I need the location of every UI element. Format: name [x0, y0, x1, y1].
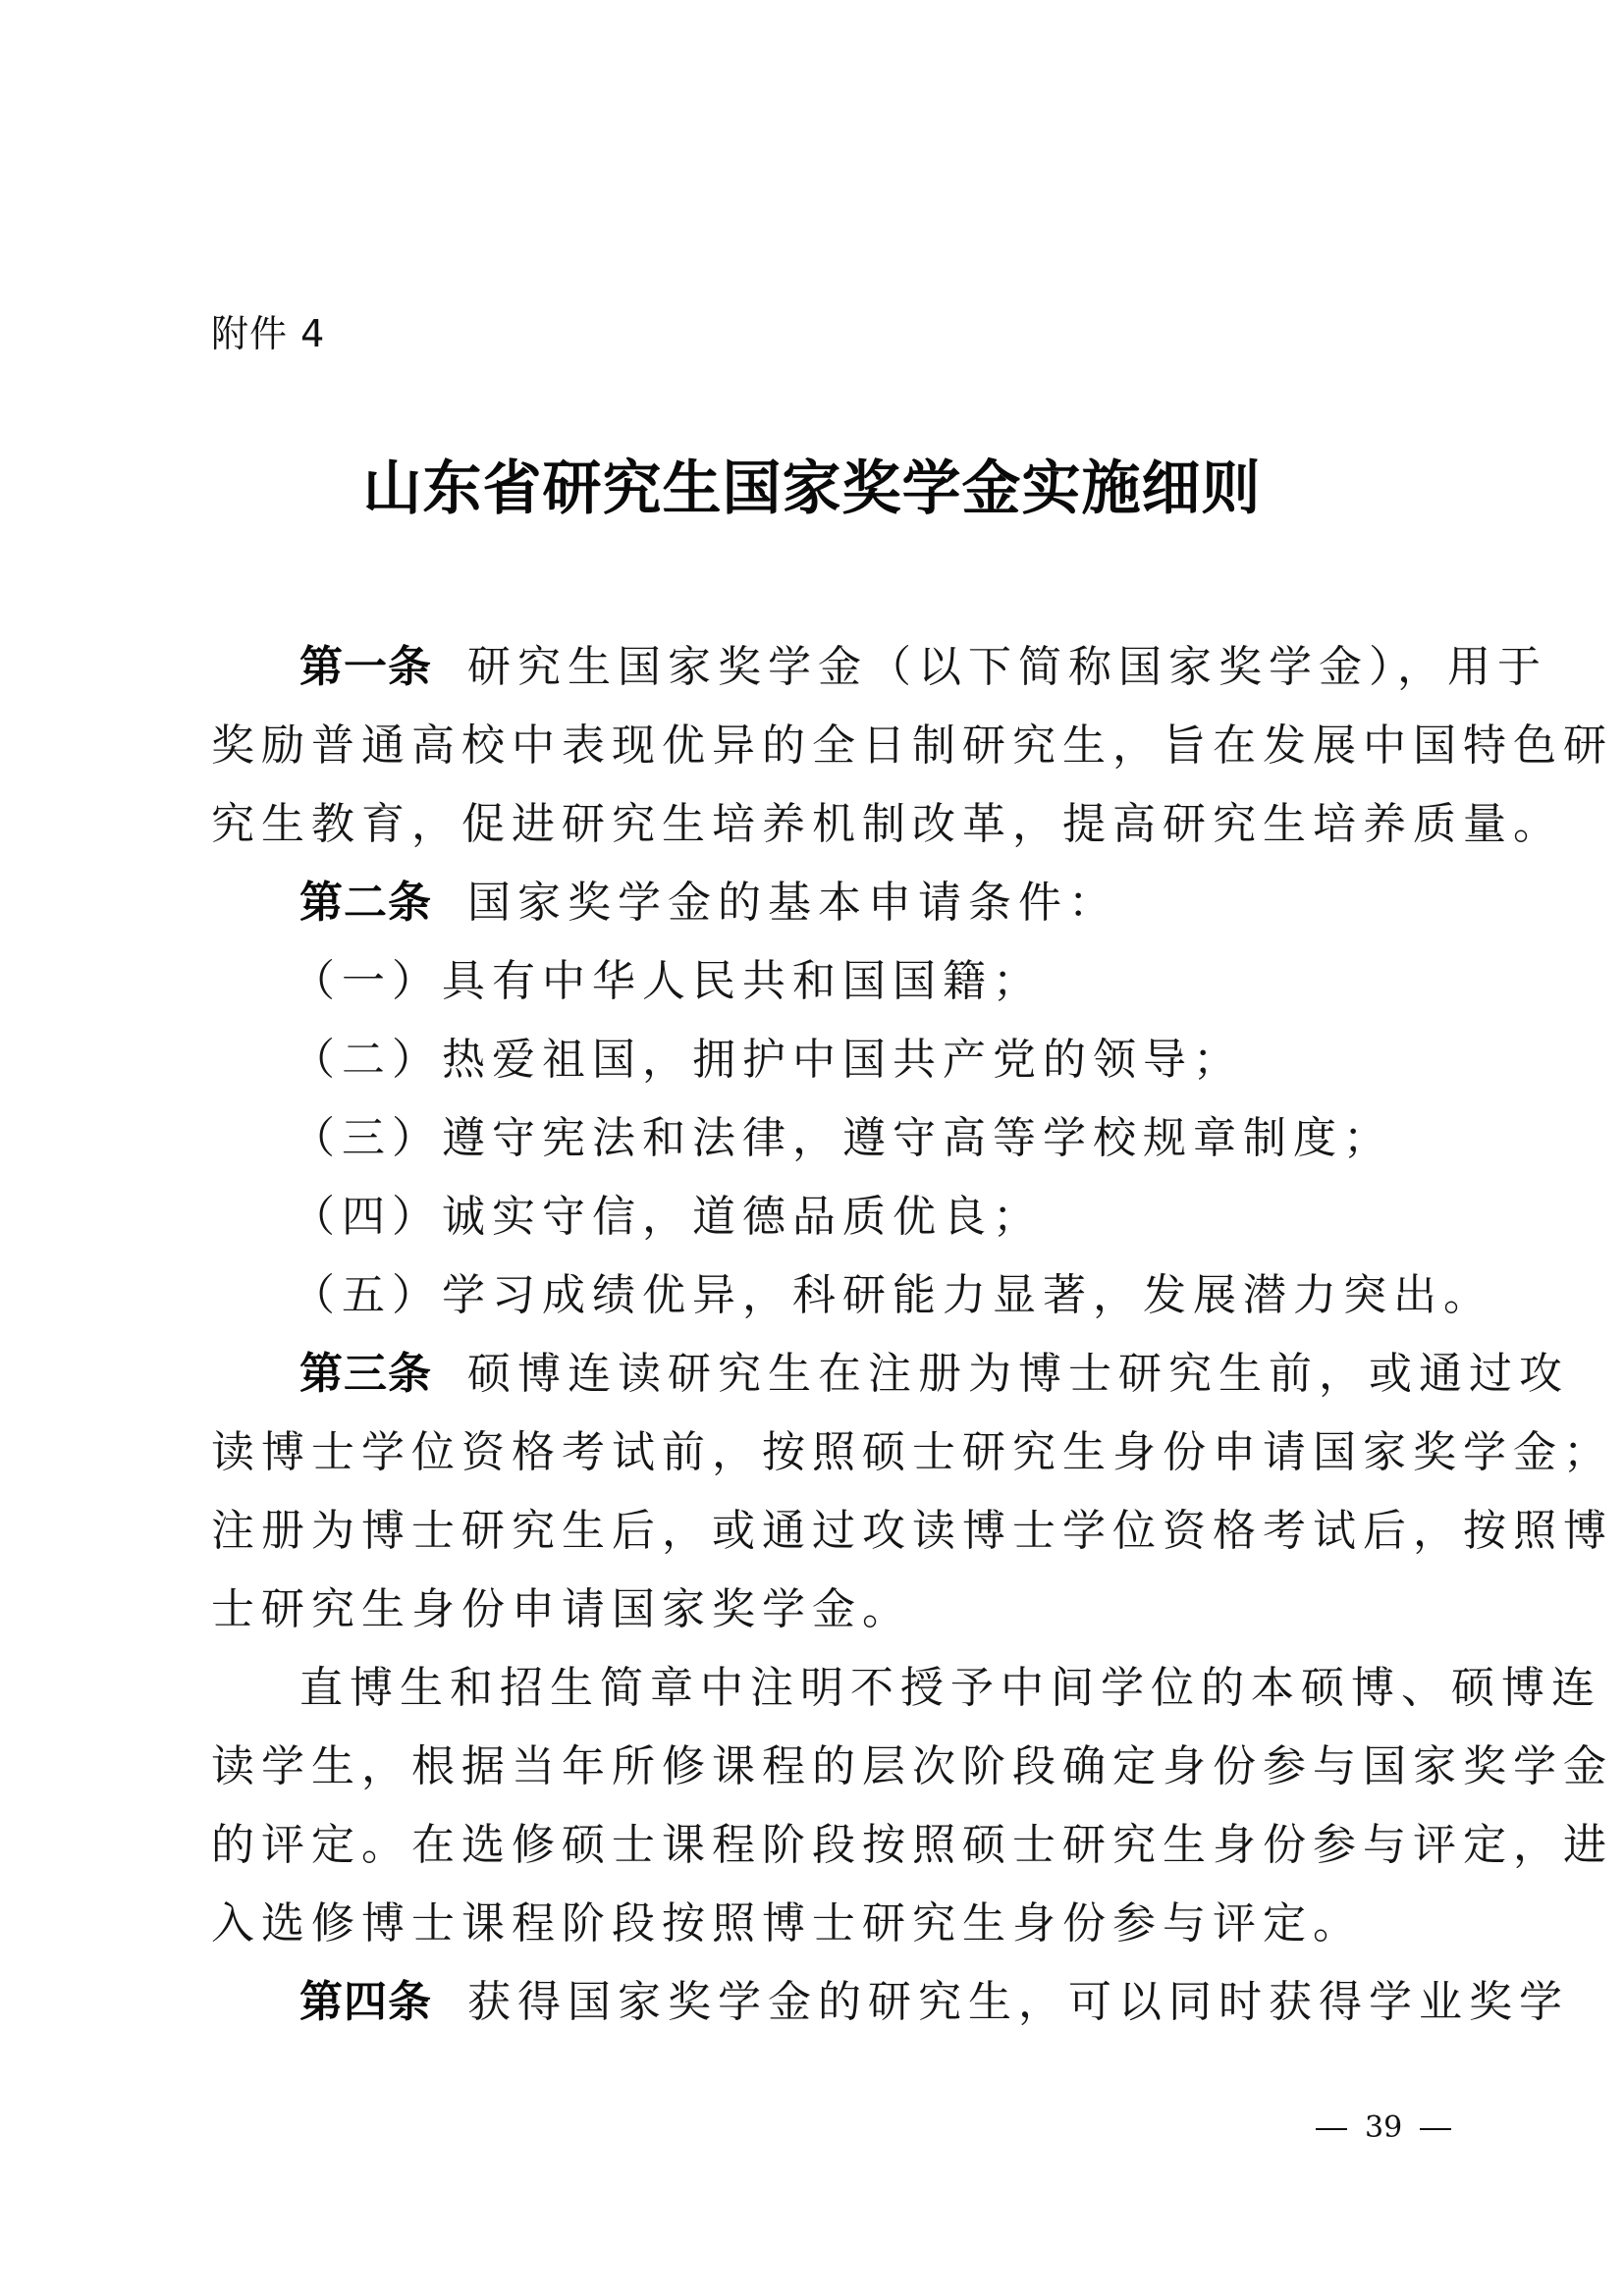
article-1-line-2: 奖励普通高校中表现优异的全日制研究生，旨在发展中国特色研 [211, 707, 1448, 785]
line-text: 研究生国家奖学金（以下简称国家奖学金），用于 [467, 642, 1547, 692]
dash-right [1420, 2128, 1451, 2130]
line-text: 国家奖学金的基本申请条件： [467, 878, 1118, 928]
attachment-label: 附件 4 [211, 312, 325, 355]
article-2-line-1: 第二条国家奖学金的基本申请条件： [211, 864, 1448, 942]
article-3-para-2-line-1: 直博生和招生简章中注明不授予中间学位的本硕博、硕博连 [211, 1649, 1448, 1728]
condition-item-4: （四）诚实守信，道德品质优良； [211, 1178, 1448, 1256]
line-text: 硕博连读研究生在注册为博士研究生前，或通过攻 [467, 1349, 1569, 1399]
article-3-para-2-line-3: 的评定。在选修硕士课程阶段按照硕士研究生身份参与评定，进 [211, 1806, 1448, 1885]
dash-left [1316, 2128, 1347, 2130]
page-number-value: 39 [1365, 2110, 1402, 2145]
document-body: 第一条研究生国家奖学金（以下简称国家奖学金），用于 奖励普通高校中表现优异的全日… [211, 628, 1448, 2042]
article-1-line-3: 究生教育，促进研究生培养机制改革，提高研究生培养质量。 [211, 785, 1448, 864]
article-3-para-2-line-4: 入选修博士课程阶段按照博士研究生身份参与评定。 [211, 1885, 1448, 1963]
line-text: 获得国家奖学金的研究生，可以同时获得学业奖学 [467, 1977, 1569, 2027]
article-3-line-1: 第三条硕博连读研究生在注册为博士研究生前，或通过攻 [211, 1335, 1448, 1414]
article-number: 第二条 [299, 878, 432, 928]
article-3-para-2-line-2: 读学生，根据当年所修课程的层次阶段确定身份参与国家奖学金 [211, 1728, 1448, 1806]
article-number: 第三条 [299, 1349, 432, 1399]
article-3-line-2: 读博士学位资格考试前，按照硕士研究生身份申请国家奖学金； [211, 1414, 1448, 1492]
condition-item-1: （一）具有中华人民共和国国籍； [211, 942, 1448, 1021]
document-title: 山东省研究生国家奖学金实施细则 [0, 454, 1624, 524]
article-number: 第四条 [299, 1977, 432, 2027]
article-1-line-1: 第一条研究生国家奖学金（以下简称国家奖学金），用于 [211, 628, 1448, 707]
article-number: 第一条 [299, 642, 432, 692]
document-page: 附件 4 山东省研究生国家奖学金实施细则 第一条研究生国家奖学金（以下简称国家奖… [0, 0, 1624, 2296]
article-3-line-4: 士研究生身份申请国家奖学金。 [211, 1571, 1448, 1649]
condition-item-5: （五）学习成绩优异，科研能力显著，发展潜力突出。 [211, 1256, 1448, 1335]
condition-item-3: （三）遵守宪法和法律，遵守高等学校规章制度； [211, 1099, 1448, 1178]
condition-item-2: （二）热爱祖国，拥护中国共产党的领导； [211, 1021, 1448, 1099]
page-number: 39 [1298, 2109, 1469, 2148]
article-3-line-3: 注册为博士研究生后，或通过攻读博士学位资格考试后，按照博 [211, 1492, 1448, 1571]
article-4-line-1: 第四条获得国家奖学金的研究生，可以同时获得学业奖学 [211, 1963, 1448, 2042]
